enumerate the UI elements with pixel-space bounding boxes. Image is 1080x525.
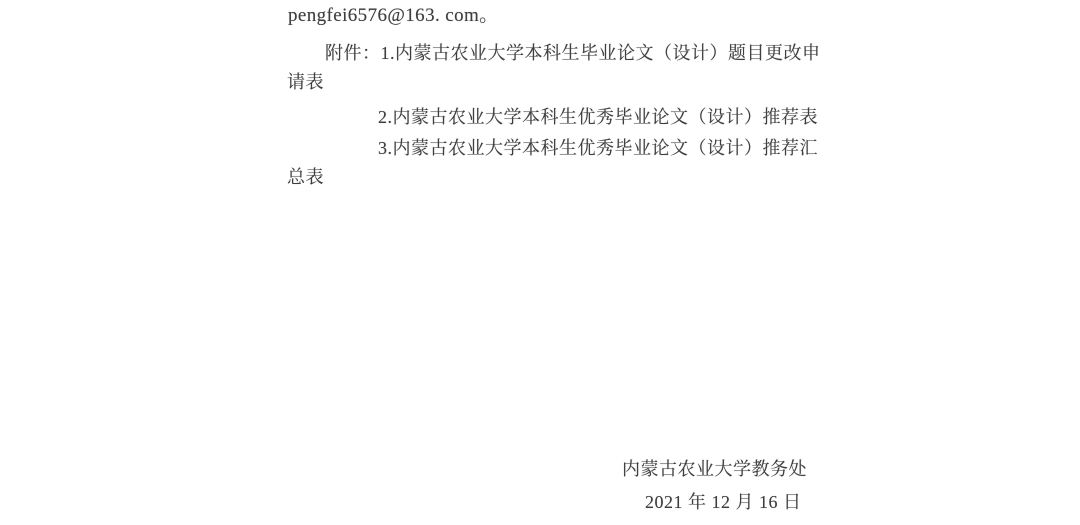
signature-date: 2021 年 12 月 16 日 [645, 491, 802, 513]
attachment-item-3-line-wrap: 总表 [287, 166, 324, 188]
attachments-intro-line: 附件：1.内蒙古农业大学本科生毕业论文（设计）题目更改申 [325, 42, 821, 64]
signature-organization: 内蒙古农业大学教务处 [622, 458, 807, 480]
attachment-item-3-line: 3.内蒙古农业大学本科生优秀毕业论文（设计）推荐汇 [378, 137, 818, 159]
attachment-item-2-line: 2.内蒙古农业大学本科生优秀毕业论文（设计）推荐表 [378, 106, 818, 128]
document-page: pengfei6576@163. com。 附件：1.内蒙古农业大学本科生毕业论… [0, 0, 1080, 525]
attachments-intro-line-wrap: 请表 [287, 71, 324, 93]
contact-email-line: pengfei6576@163. com。 [288, 5, 499, 27]
